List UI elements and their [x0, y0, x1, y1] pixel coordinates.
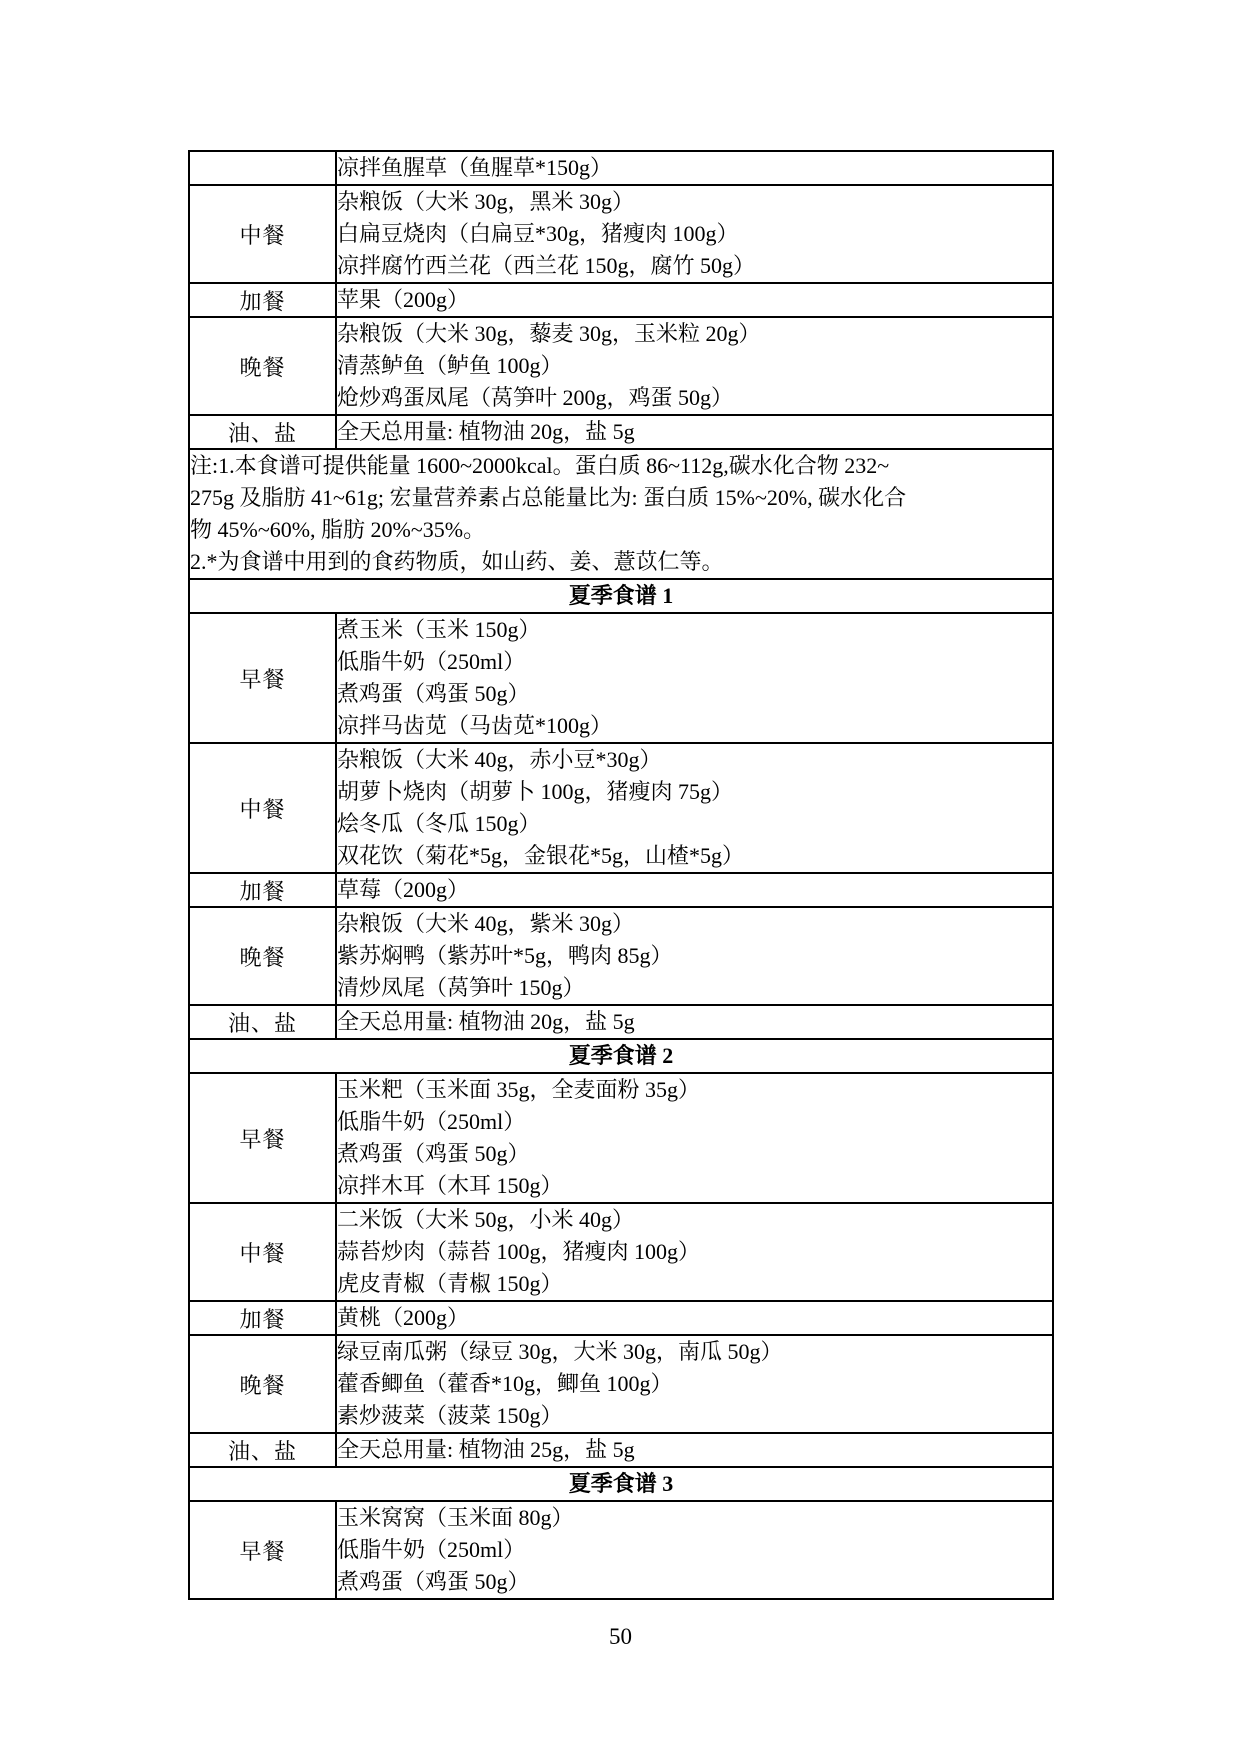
note-line: 物 45%~60%, 脂肪 20%~35%。 [190, 514, 1052, 546]
dish-line: 玉米窝窝（玉米面 80g） [337, 1502, 1052, 1534]
dish-line: 杂粮饭（大米 30g，藜麦 30g，玉米粒 20g） [337, 318, 1052, 350]
section-header-row: 夏季食谱 3 [189, 1467, 1053, 1501]
section-title: 夏季食谱 2 [189, 1039, 1053, 1073]
meal-items: 苹果（200g） [336, 283, 1053, 317]
dish-line: 煮鸡蛋（鸡蛋 50g） [337, 678, 1052, 710]
meal-row: 油、盐全天总用量: 植物油 25g，盐 5g [189, 1433, 1053, 1467]
meal-label: 中餐 [189, 185, 336, 283]
meal-items: 全天总用量: 植物油 25g，盐 5g [336, 1433, 1053, 1467]
dish-line: 低脂牛奶（250ml） [337, 1106, 1052, 1138]
meal-items: 黄桃（200g） [336, 1301, 1053, 1335]
meal-label: 加餐 [189, 873, 336, 907]
dish-line: 绿豆南瓜粥（绿豆 30g，大米 30g，南瓜 50g） [337, 1336, 1052, 1368]
meal-label: 加餐 [189, 1301, 336, 1335]
page-number: 50 [0, 1622, 1241, 1652]
meal-items: 杂粮饭（大米 30g，藜麦 30g，玉米粒 20g）清蒸鲈鱼（鲈鱼 100g）炝… [336, 317, 1053, 415]
meal-label: 油、盐 [189, 1433, 336, 1467]
meal-label: 早餐 [189, 613, 336, 743]
dish-line: 杂粮饭（大米 40g，赤小豆*30g） [337, 744, 1052, 776]
dish-line: 胡萝卜烧肉（胡萝卜 100g，猪瘦肉 75g） [337, 776, 1052, 808]
meal-items: 玉米窝窝（玉米面 80g）低脂牛奶（250ml）煮鸡蛋（鸡蛋 50g） [336, 1501, 1053, 1599]
dish-line: 煮玉米（玉米 150g） [337, 614, 1052, 646]
meal-label: 早餐 [189, 1501, 336, 1599]
section-header-row: 夏季食谱 2 [189, 1039, 1053, 1073]
dish-line: 低脂牛奶（250ml） [337, 1534, 1052, 1566]
meal-row: 加餐苹果（200g） [189, 283, 1053, 317]
meal-row: 早餐煮玉米（玉米 150g）低脂牛奶（250ml）煮鸡蛋（鸡蛋 50g）凉拌马齿… [189, 613, 1053, 743]
meal-label: 油、盐 [189, 415, 336, 449]
meal-items: 草莓（200g） [336, 873, 1053, 907]
meal-row: 早餐玉米粑（玉米面 35g，全麦面粉 35g）低脂牛奶（250ml）煮鸡蛋（鸡蛋… [189, 1073, 1053, 1203]
meal-items: 煮玉米（玉米 150g）低脂牛奶（250ml）煮鸡蛋（鸡蛋 50g）凉拌马齿苋（… [336, 613, 1053, 743]
table-note-row: 注:1.本食谱可提供能量 1600~2000kcal。蛋白质 86~112g,碳… [189, 449, 1053, 579]
meal-row: 中餐杂粮饭（大米 40g，赤小豆*30g）胡萝卜烧肉（胡萝卜 100g，猪瘦肉 … [189, 743, 1053, 873]
meal-row: 油、盐全天总用量: 植物油 20g，盐 5g [189, 415, 1053, 449]
meal-row: 中餐二米饭（大米 50g，小米 40g）蒜苔炒肉（蒜苔 100g，猪瘦肉 100… [189, 1203, 1053, 1301]
meal-row: 晚餐杂粮饭（大米 30g，藜麦 30g，玉米粒 20g）清蒸鲈鱼（鲈鱼 100g… [189, 317, 1053, 415]
dish-line: 苹果（200g） [337, 284, 1052, 316]
meal-items: 二米饭（大米 50g，小米 40g）蒜苔炒肉（蒜苔 100g，猪瘦肉 100g）… [336, 1203, 1053, 1301]
table-note: 注:1.本食谱可提供能量 1600~2000kcal。蛋白质 86~112g,碳… [189, 449, 1053, 579]
dish-line: 凉拌腐竹西兰花（西兰花 150g，腐竹 50g） [337, 250, 1052, 282]
note-line: 2.*为食谱中用到的食药物质，如山药、姜、薏苡仁等。 [190, 546, 1052, 578]
meal-items: 凉拌鱼腥草（鱼腥草*150g） [336, 151, 1053, 185]
dish-line: 凉拌鱼腥草（鱼腥草*150g） [337, 152, 1052, 184]
meal-label: 加餐 [189, 283, 336, 317]
dish-line: 白扁豆烧肉（白扁豆*30g，猪瘦肉 100g） [337, 218, 1052, 250]
dish-line: 黄桃（200g） [337, 1302, 1052, 1334]
dish-line: 烩冬瓜（冬瓜 150g） [337, 808, 1052, 840]
meal-row: 油、盐全天总用量: 植物油 20g，盐 5g [189, 1005, 1053, 1039]
dish-line: 低脂牛奶（250ml） [337, 646, 1052, 678]
dish-line: 清蒸鲈鱼（鲈鱼 100g） [337, 350, 1052, 382]
meal-label: 早餐 [189, 1073, 336, 1203]
section-title: 夏季食谱 1 [189, 579, 1053, 613]
meal-row: 加餐草莓（200g） [189, 873, 1053, 907]
dish-line: 藿香鲫鱼（藿香*10g，鲫鱼 100g） [337, 1368, 1052, 1400]
meal-items: 杂粮饭（大米 40g，赤小豆*30g）胡萝卜烧肉（胡萝卜 100g，猪瘦肉 75… [336, 743, 1053, 873]
dish-line: 二米饭（大米 50g，小米 40g） [337, 1204, 1052, 1236]
document-page: 凉拌鱼腥草（鱼腥草*150g）中餐杂粮饭（大米 30g，黑米 30g）白扁豆烧肉… [0, 0, 1241, 1754]
meal-plan-table: 凉拌鱼腥草（鱼腥草*150g）中餐杂粮饭（大米 30g，黑米 30g）白扁豆烧肉… [188, 150, 1054, 1600]
meal-items: 玉米粑（玉米面 35g，全麦面粉 35g）低脂牛奶（250ml）煮鸡蛋（鸡蛋 5… [336, 1073, 1053, 1203]
section-title: 夏季食谱 3 [189, 1467, 1053, 1501]
dish-line: 虎皮青椒（青椒 150g） [337, 1268, 1052, 1300]
dish-line: 凉拌木耳（木耳 150g） [337, 1170, 1052, 1202]
dish-line: 素炒菠菜（菠菜 150g） [337, 1400, 1052, 1432]
meal-items: 杂粮饭（大米 40g，紫米 30g）紫苏焖鸭（紫苏叶*5g，鸭肉 85g）清炒凤… [336, 907, 1053, 1005]
meal-items: 全天总用量: 植物油 20g，盐 5g [336, 415, 1053, 449]
dish-line: 全天总用量: 植物油 25g，盐 5g [337, 1434, 1052, 1466]
meal-items: 杂粮饭（大米 30g，黑米 30g）白扁豆烧肉（白扁豆*30g，猪瘦肉 100g… [336, 185, 1053, 283]
meal-label: 晚餐 [189, 317, 336, 415]
section-header-row: 夏季食谱 1 [189, 579, 1053, 613]
dish-line: 紫苏焖鸭（紫苏叶*5g，鸭肉 85g） [337, 940, 1052, 972]
dish-line: 双花饮（菊花*5g，金银花*5g，山楂*5g） [337, 840, 1052, 872]
meal-label: 中餐 [189, 1203, 336, 1301]
dish-line: 蒜苔炒肉（蒜苔 100g，猪瘦肉 100g） [337, 1236, 1052, 1268]
dish-line: 凉拌马齿苋（马齿苋*100g） [337, 710, 1052, 742]
meal-row: 晚餐杂粮饭（大米 40g，紫米 30g）紫苏焖鸭（紫苏叶*5g，鸭肉 85g）清… [189, 907, 1053, 1005]
dish-line: 煮鸡蛋（鸡蛋 50g） [337, 1566, 1052, 1598]
dish-line: 炝炒鸡蛋凤尾（莴笋叶 200g，鸡蛋 50g） [337, 382, 1052, 414]
dish-line: 全天总用量: 植物油 20g，盐 5g [337, 1006, 1052, 1038]
dish-line: 杂粮饭（大米 40g，紫米 30g） [337, 908, 1052, 940]
meal-label: 中餐 [189, 743, 336, 873]
dish-line: 清炒凤尾（莴笋叶 150g） [337, 972, 1052, 1004]
dish-line: 杂粮饭（大米 30g，黑米 30g） [337, 186, 1052, 218]
meal-row: 中餐杂粮饭（大米 30g，黑米 30g）白扁豆烧肉（白扁豆*30g，猪瘦肉 10… [189, 185, 1053, 283]
dish-line: 玉米粑（玉米面 35g，全麦面粉 35g） [337, 1074, 1052, 1106]
dish-line: 全天总用量: 植物油 20g，盐 5g [337, 416, 1052, 448]
meal-label: 油、盐 [189, 1005, 336, 1039]
meal-label: 晚餐 [189, 907, 336, 1005]
meal-row: 晚餐绿豆南瓜粥（绿豆 30g，大米 30g，南瓜 50g）藿香鲫鱼（藿香*10g… [189, 1335, 1053, 1433]
dish-line: 煮鸡蛋（鸡蛋 50g） [337, 1138, 1052, 1170]
meal-row: 凉拌鱼腥草（鱼腥草*150g） [189, 151, 1053, 185]
meal-items: 全天总用量: 植物油 20g，盐 5g [336, 1005, 1053, 1039]
note-line: 注:1.本食谱可提供能量 1600~2000kcal。蛋白质 86~112g,碳… [190, 450, 1052, 482]
meal-label: 晚餐 [189, 1335, 336, 1433]
note-line: 275g 及脂肪 41~61g; 宏量营养素占总能量比为: 蛋白质 15%~20… [190, 482, 1052, 514]
meal-row: 早餐玉米窝窝（玉米面 80g）低脂牛奶（250ml）煮鸡蛋（鸡蛋 50g） [189, 1501, 1053, 1599]
meal-row: 加餐黄桃（200g） [189, 1301, 1053, 1335]
meal-items: 绿豆南瓜粥（绿豆 30g，大米 30g，南瓜 50g）藿香鲫鱼（藿香*10g，鲫… [336, 1335, 1053, 1433]
meal-label [189, 151, 336, 185]
meal-plan-table-body: 凉拌鱼腥草（鱼腥草*150g）中餐杂粮饭（大米 30g，黑米 30g）白扁豆烧肉… [189, 151, 1053, 1599]
dish-line: 草莓（200g） [337, 874, 1052, 906]
